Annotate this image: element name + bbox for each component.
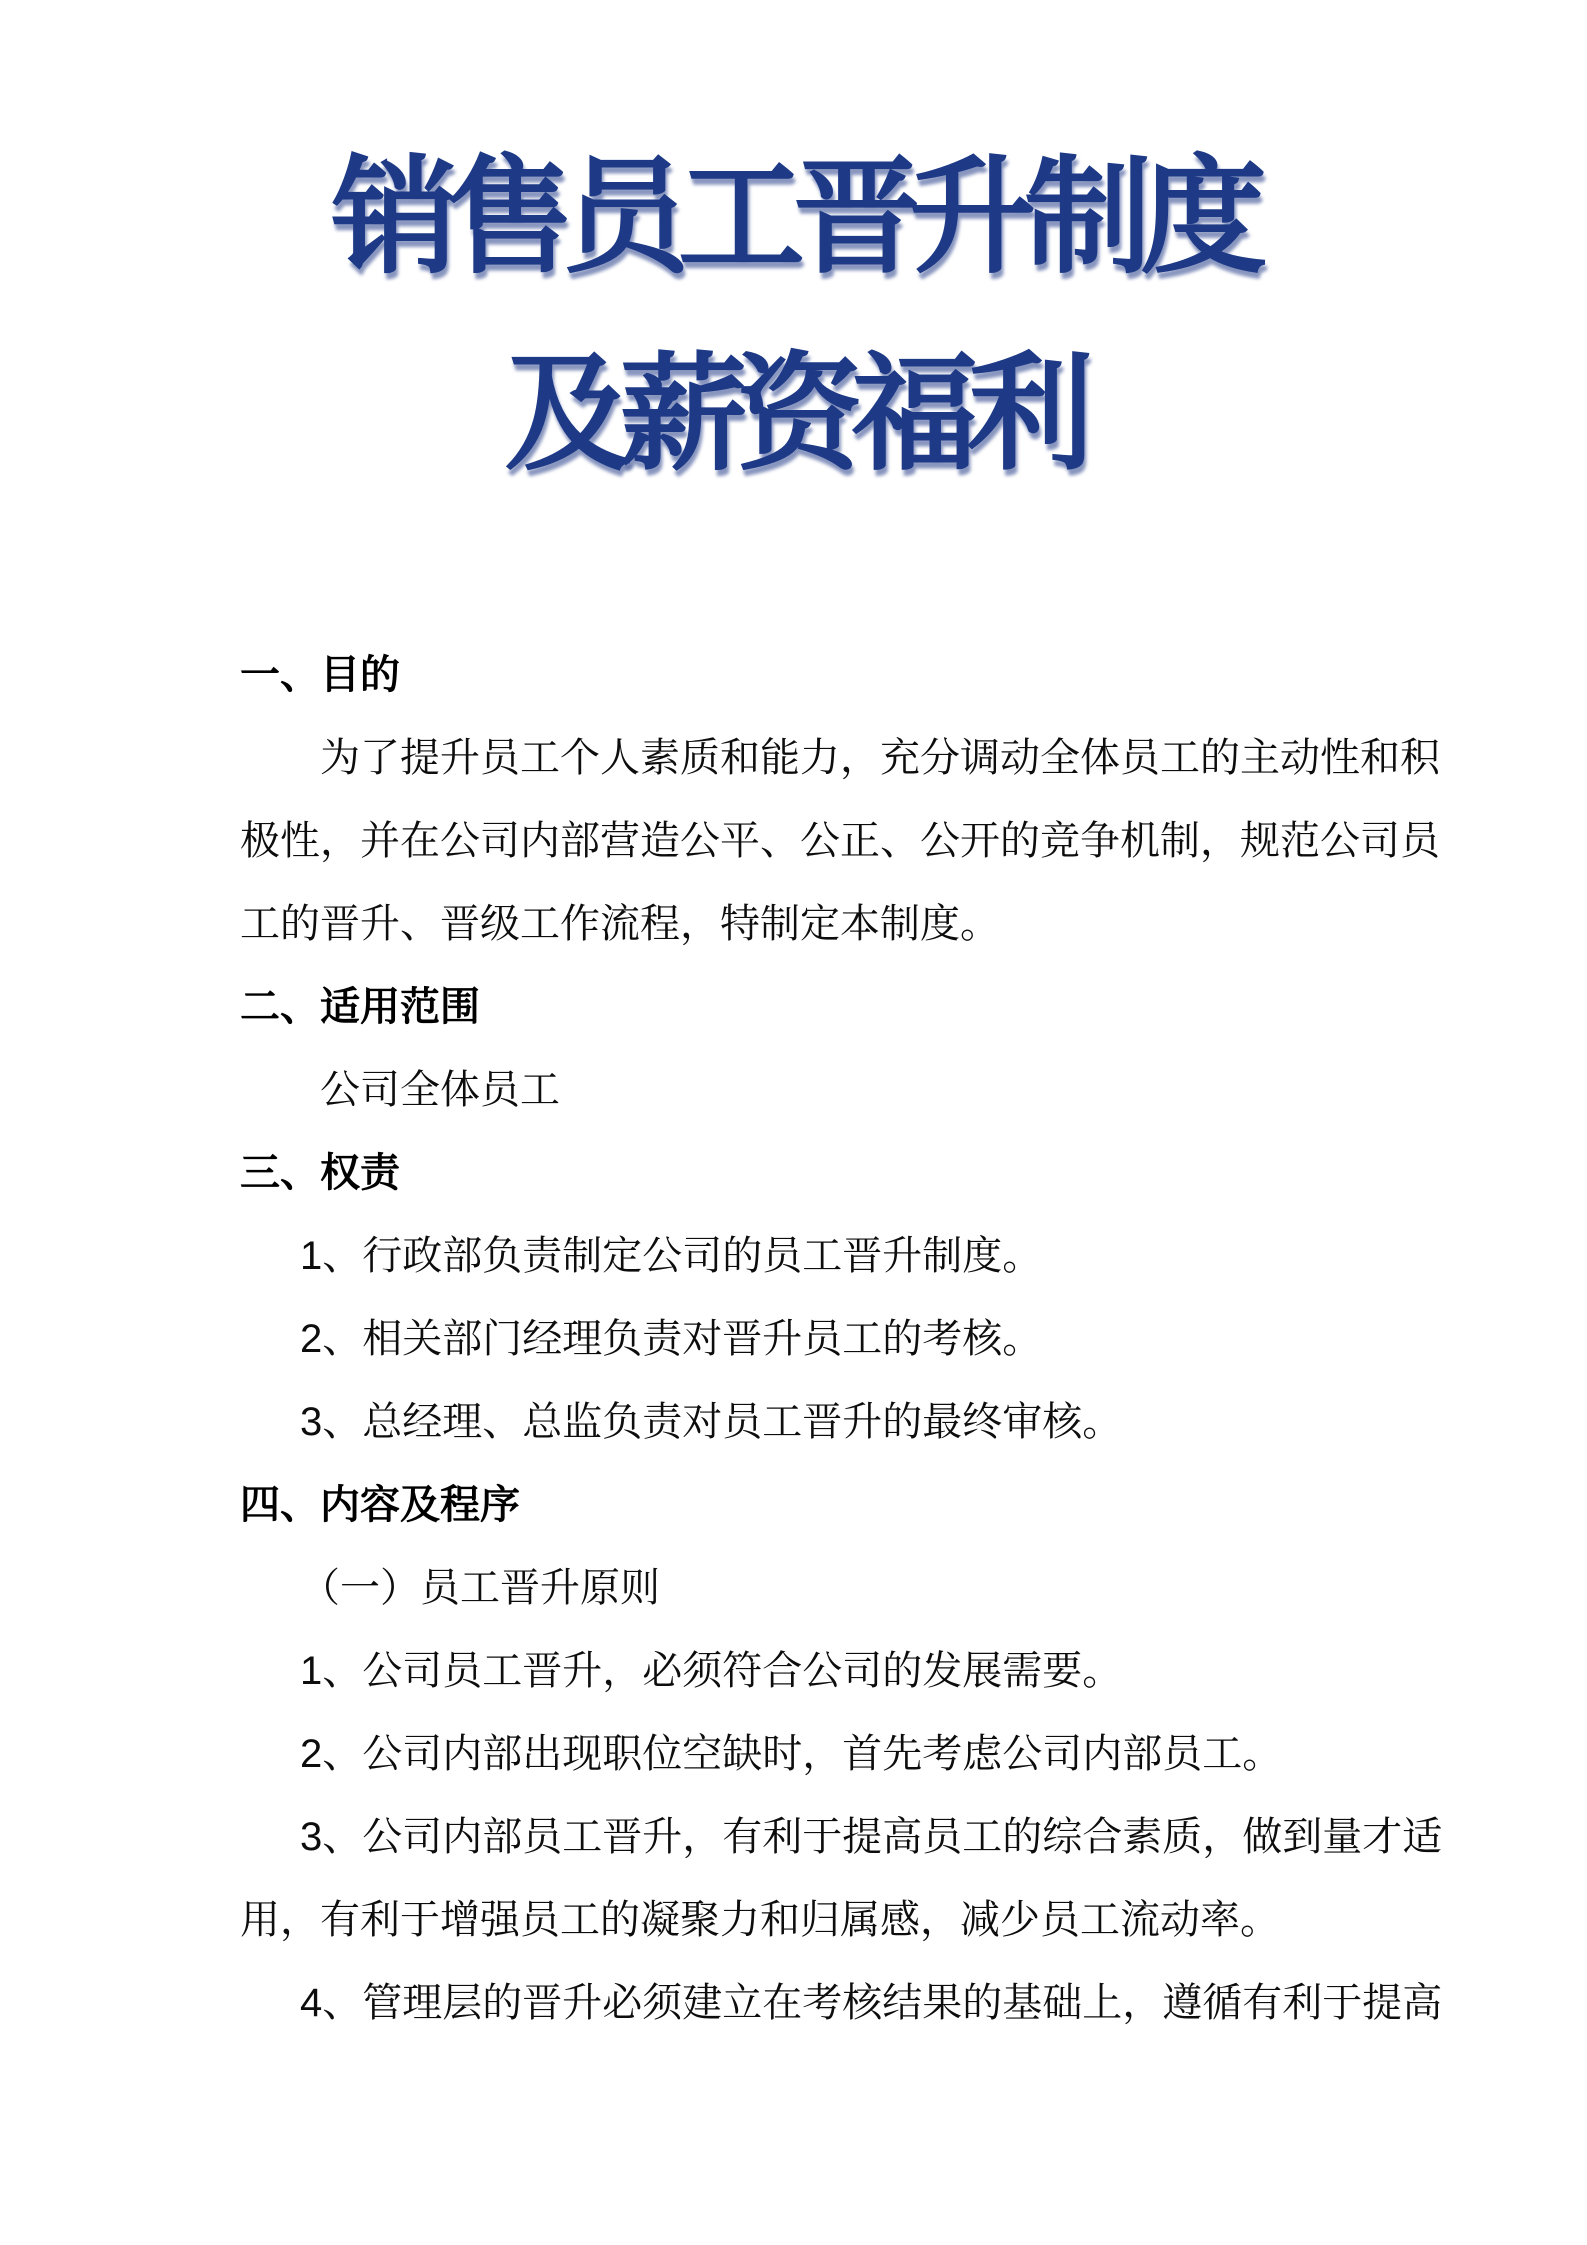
list-item-line: 3、公司内部员工晋升，有利于提高员工的综合素质，做到量才适: [240, 1796, 1500, 1879]
document-body: 一、目的 为了提升员工个人素质和能力，充分调动全体员工的主动性和积 极性，并在公…: [240, 634, 1500, 2045]
list-item-line: 4、管理层的晋升必须建立在考核结果的基础上，遵循有利于提高: [240, 1962, 1500, 2045]
paragraph-line: 公司全体员工: [240, 1049, 1500, 1132]
list-item-line: 1、行政部负责制定公司的员工晋升制度。: [240, 1215, 1500, 1298]
section-heading-purpose: 一、目的: [240, 634, 1500, 717]
document-page: 销售员工晋升制度 及薪资福利 一、目的 为了提升员工个人素质和能力，充分调动全体…: [0, 0, 1587, 2245]
title-line-2: 及薪资福利: [0, 316, 1587, 513]
list-item-line: 1、公司员工晋升，必须符合公司的发展需要。: [240, 1630, 1500, 1713]
list-item-line: 2、相关部门经理负责对晋升员工的考核。: [240, 1298, 1500, 1381]
subsection-heading-line: （一）员工晋升原则: [240, 1547, 1500, 1630]
paragraph-line: 工的晋升、晋级工作流程，特制定本制度。: [240, 883, 1500, 966]
paragraph-line: 用，有利于增强员工的凝聚力和归属感，减少员工流动率。: [240, 1879, 1500, 1962]
section-heading-responsibility: 三、权责: [240, 1132, 1500, 1215]
list-item-line: 3、总经理、总监负责对员工晋升的最终审核。: [240, 1381, 1500, 1464]
section-heading-content-procedure: 四、内容及程序: [240, 1464, 1500, 1547]
list-item-line: 2、公司内部出现职位空缺时，首先考虑公司内部员工。: [240, 1713, 1500, 1796]
paragraph-line: 为了提升员工个人素质和能力，充分调动全体员工的主动性和积: [240, 717, 1500, 800]
section-heading-scope: 二、适用范围: [240, 966, 1500, 1049]
title-line-1: 销售员工晋升制度: [0, 119, 1587, 316]
document-title: 销售员工晋升制度 及薪资福利: [0, 0, 1587, 513]
paragraph-line: 极性，并在公司内部营造公平、公正、公开的竞争机制，规范公司员: [240, 800, 1500, 883]
